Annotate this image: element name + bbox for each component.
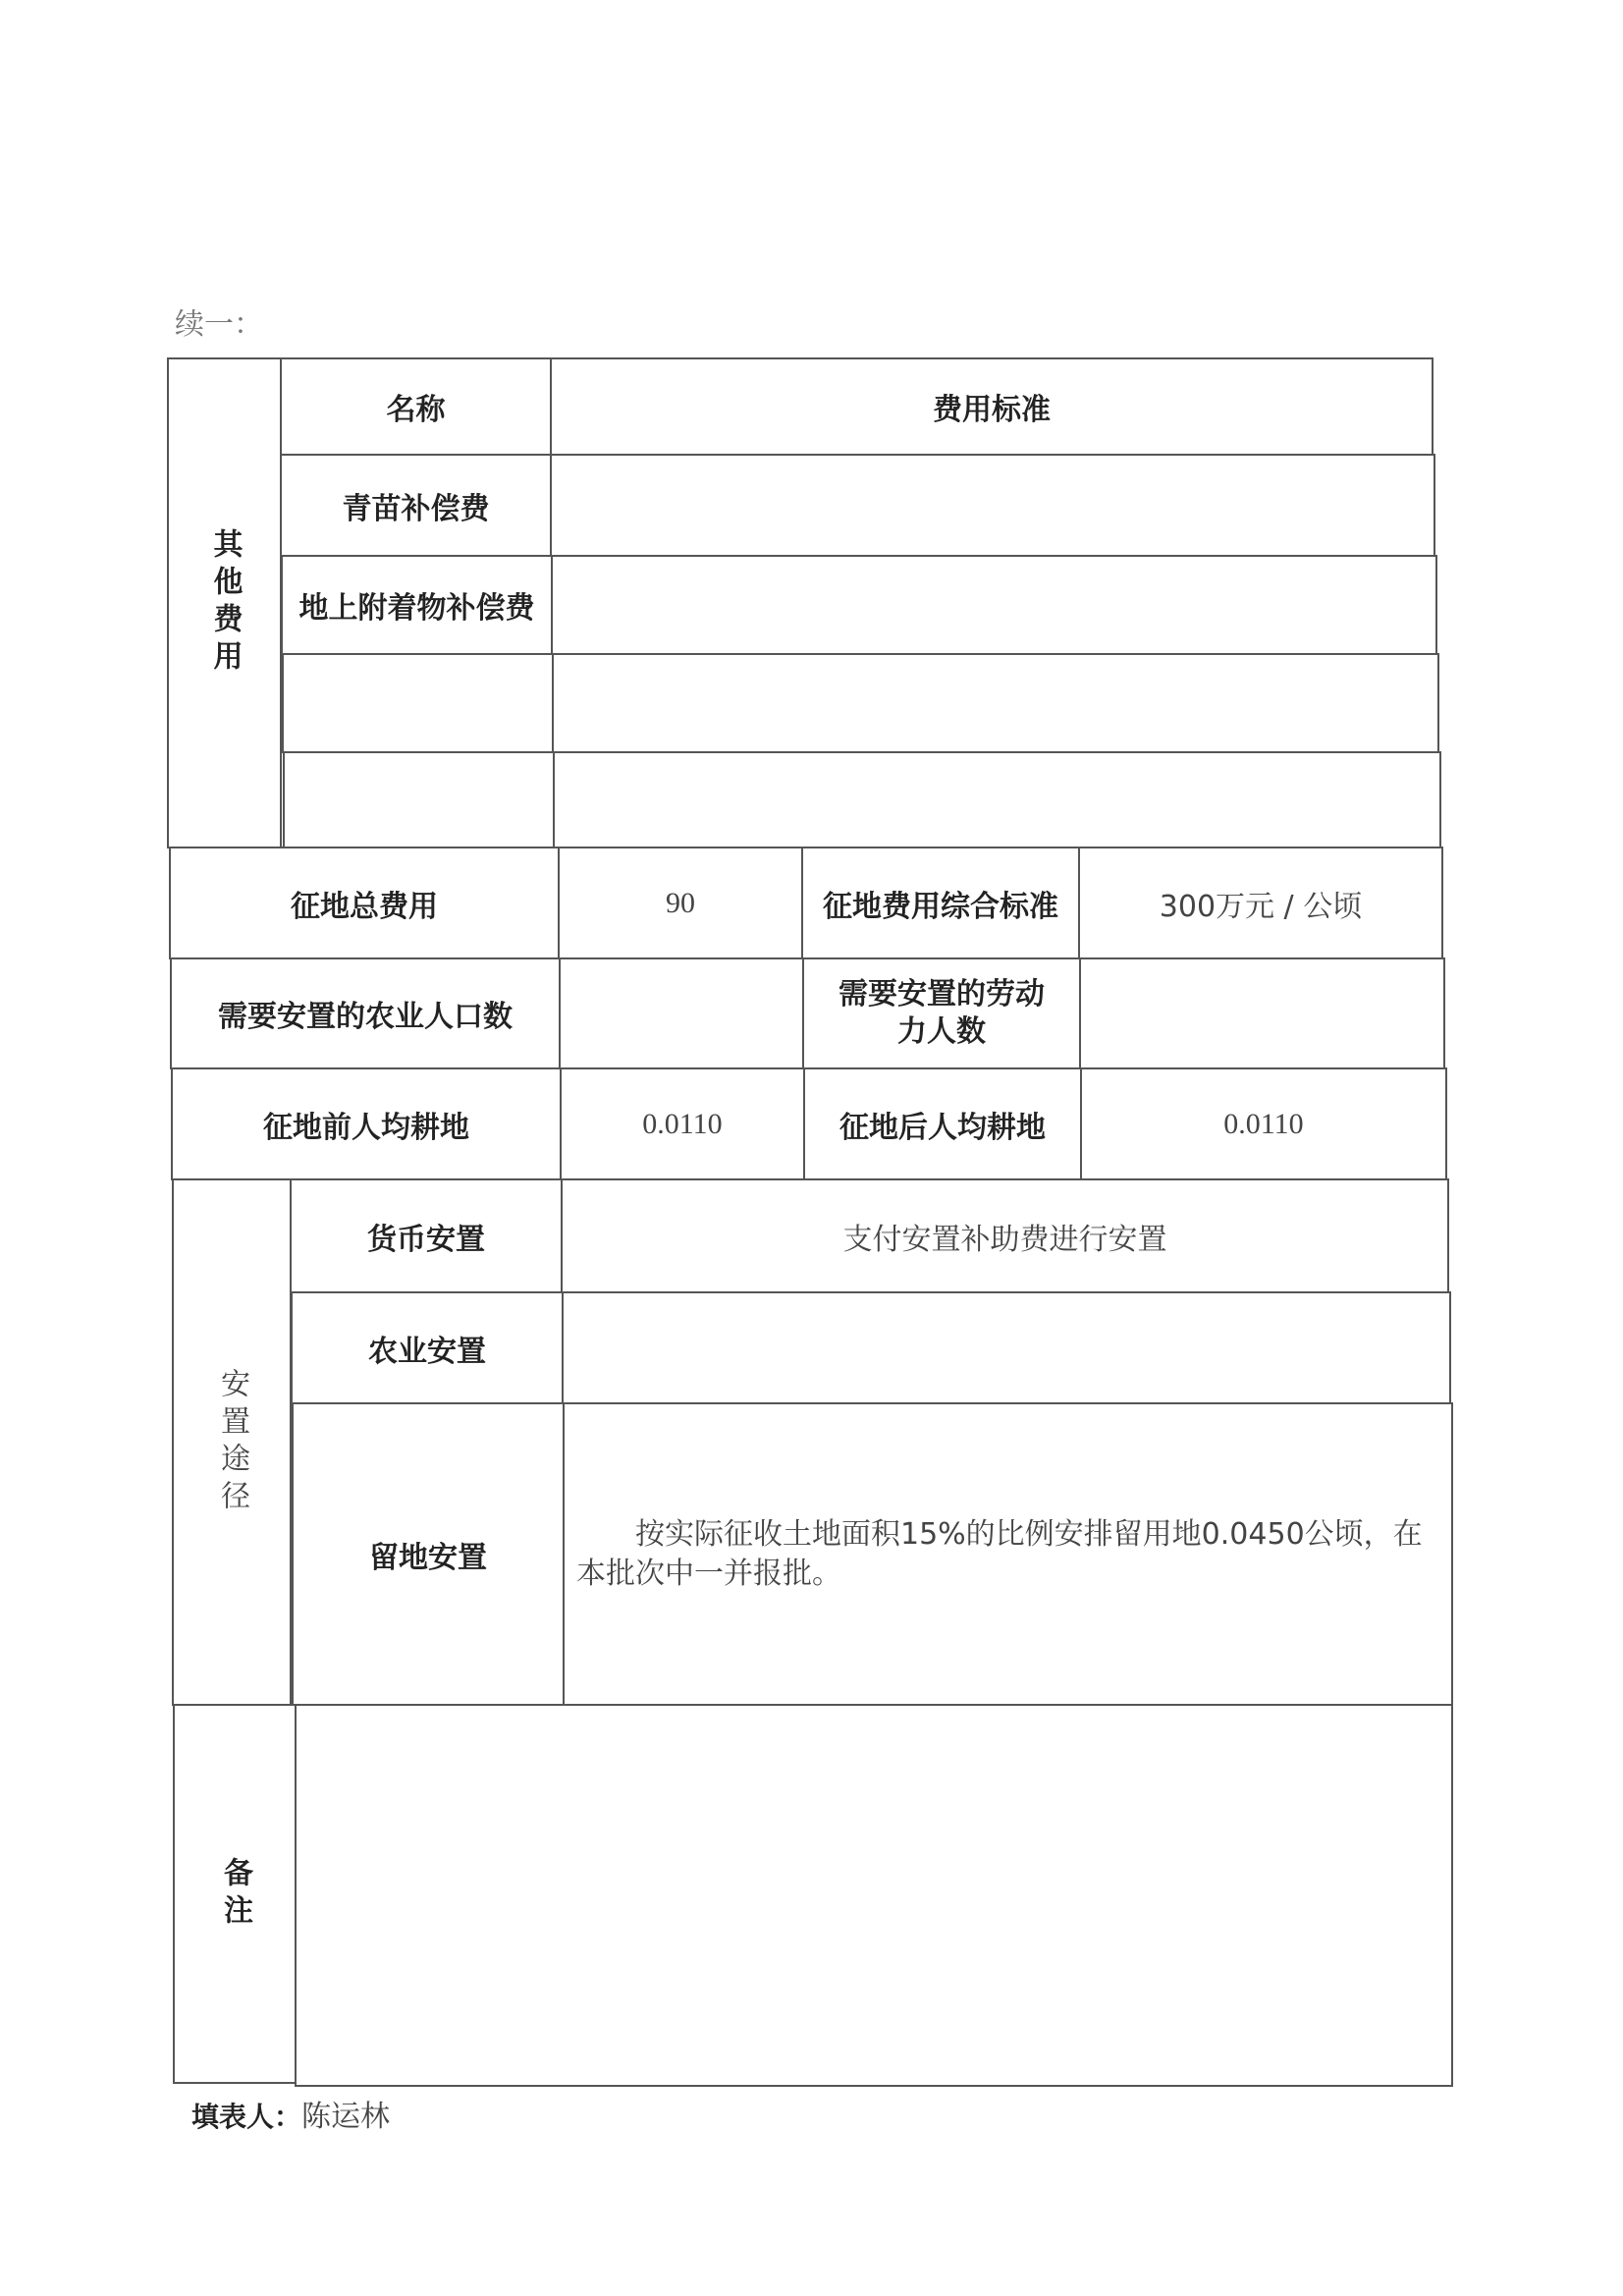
- header-name: 名称: [280, 357, 552, 456]
- resettlement-content[interactable]: [562, 1291, 1451, 1404]
- resettlement-type: 农业安置: [291, 1291, 564, 1404]
- content-line: 本批次中一并报批。: [576, 1555, 1423, 1594]
- summary-label: 征地后人均耕地: [803, 1067, 1082, 1180]
- filler-line: 填表人：陈运林: [191, 2092, 390, 2135]
- fee-name-cell: 青苗补偿费: [280, 454, 552, 557]
- filler-name: 陈运林: [301, 2100, 390, 2134]
- header-standard: 费用标准: [550, 357, 1434, 456]
- fee-standard-cell[interactable]: [552, 653, 1439, 753]
- summary-value[interactable]: 0.0110: [560, 1067, 805, 1180]
- fee-name-cell: 地上附着物补偿费: [281, 555, 553, 655]
- summary-value[interactable]: 0.0110: [1080, 1067, 1447, 1180]
- summary-label: 征地总费用: [169, 847, 560, 959]
- summary-label: 需要安置的农业人口数: [170, 957, 561, 1069]
- summary-value[interactable]: [559, 957, 804, 1069]
- summary-label: 征地前人均耕地: [171, 1067, 562, 1180]
- content-line: 按实际征收土地面积15%的比例安排留用地0.0450公顷，在: [576, 1515, 1423, 1555]
- resettlement-type: 留地安置: [292, 1402, 565, 1706]
- summary-label: 需要安置的劳动力人数: [802, 957, 1081, 1069]
- summary-value[interactable]: 300万元 / 公顷: [1078, 847, 1443, 959]
- summary-value[interactable]: [1079, 957, 1445, 1069]
- fee-standard-cell[interactable]: [553, 751, 1441, 848]
- resettlement-content[interactable]: 支付安置补助费进行安置: [561, 1178, 1449, 1293]
- summary-value[interactable]: 90: [558, 847, 803, 959]
- fee-standard-cell[interactable]: [550, 454, 1435, 557]
- continuation-label: 续一：: [175, 300, 263, 343]
- summary-label: 征地费用综合标准: [801, 847, 1080, 959]
- remarks-content[interactable]: [295, 1704, 1453, 2087]
- fee-standard-cell[interactable]: [551, 555, 1437, 655]
- resettlement-label: 安置途径: [172, 1178, 292, 1706]
- fee-name-cell[interactable]: [283, 751, 555, 848]
- other-fees-label: 其他费用: [167, 357, 282, 848]
- fee-name-cell[interactable]: [282, 653, 554, 753]
- filler-label: 填表人：: [191, 2101, 301, 2133]
- resettlement-type: 货币安置: [290, 1178, 563, 1293]
- resettlement-content[interactable]: 按实际征收土地面积15%的比例安排留用地0.0450公顷，在 本批次中一并报批。: [563, 1402, 1453, 1706]
- remarks-label: 备注: [173, 1704, 297, 2084]
